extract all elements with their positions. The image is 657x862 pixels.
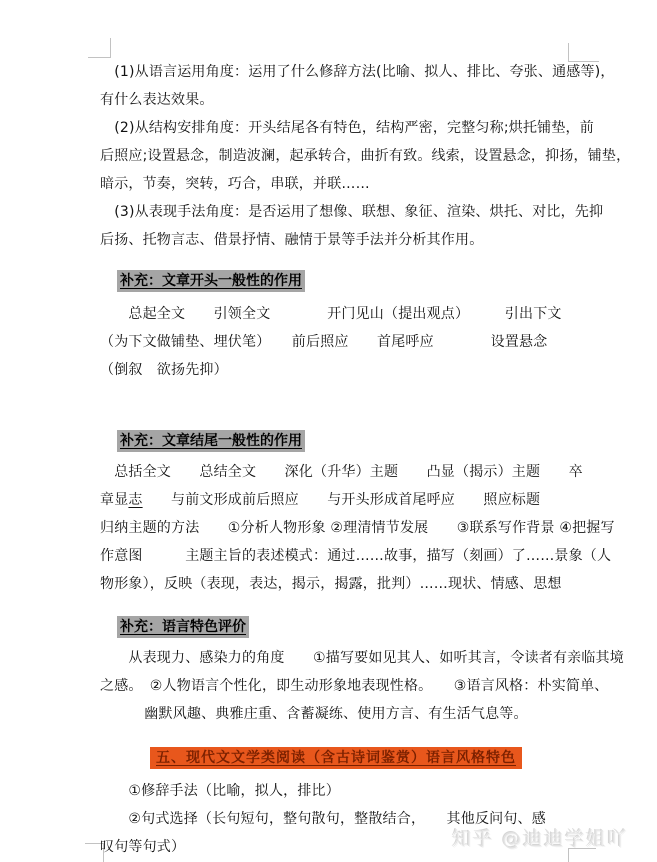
paragraph-line: （为下文做铺垫、埋伏笔） 前后照应 首尾呼应 设置悬念: [100, 328, 572, 356]
line-segment: 与前文形成前后照应 与开头形成首尾呼应 照应标题: [143, 492, 541, 508]
section-heading-article-ending: 补充：文章结尾一般性的作用: [117, 430, 305, 452]
paragraph-line-centered: 幽默风趣、典雅庄重、含蓄凝练、使用方言、有生活气息等。: [100, 700, 572, 728]
margin-crop-mark-top-left: [88, 38, 111, 58]
paragraph-line: 总括全文 总结全文 深化（升华）主题 凸显（揭示）主题 卒: [100, 458, 572, 486]
main-heading-modern-literature-reading: 五、现代文文学类阅读（含古诗词鉴赏）语言风格特色: [150, 747, 522, 769]
paragraph-line: 归纳主题的方法 ①分析人物形象 ②理清情节发展 ③联系写作背景 ④把握写: [100, 514, 572, 542]
paragraph-line: 暗示，节奏，突转，巧合，串联，并联……: [100, 170, 572, 198]
underlined-char: 志: [128, 492, 142, 508]
zhihu-watermark: 知乎 @迪迪学姐吖: [452, 824, 628, 851]
document-body: (1)从语言运用角度：运用了什么修辞方法(比喻、拟人、排比、夸张、通感等)， 有…: [100, 58, 572, 861]
document-page: (1)从语言运用角度：运用了什么修辞方法(比喻、拟人、排比、夸张、通感等)， 有…: [0, 0, 657, 862]
paragraph-line: （倒叙 欲扬先抑）: [100, 356, 572, 384]
paragraph-line: 之感。 ②人物语言个性化，即生动形象地表现性格。 ③语言风格：朴实简单、: [100, 672, 572, 700]
paragraph-line: (3)从表现手法角度：是否运用了想像、联想、象征、渲染、烘托、对比，先抑: [100, 198, 572, 226]
paragraph-line: 章显志 与前文形成前后照应 与开头形成首尾呼应 照应标题: [100, 486, 572, 514]
paragraph-line: 作意图 主题主旨的表述模式：通过……故事，描写（刻画）了……景象（人: [100, 542, 572, 570]
paragraph-line: 物形象），反映（表现，表达，揭示，揭露，批判）……现状、情感、思想: [100, 570, 572, 598]
paragraph-line: 后照应;设置悬念，制造波澜，起承转合，曲折有致。线索，设置悬念，抑扬，铺垫，: [100, 142, 572, 170]
paragraph-line: 从表现力、感染力的角度 ①描写要如见其人、如听其言，令读者有亲临其境: [100, 644, 572, 672]
paragraph-line: (2)从结构安排角度：开头结尾各有特色，结构严密，完整匀称;烘托铺垫，前: [100, 114, 572, 142]
margin-crop-mark-top-right: [568, 43, 599, 62]
paragraph-line: 总起全文 引领全文 开门见山（提出观点） 引出下文: [100, 300, 572, 328]
line-segment: 章显: [100, 492, 128, 508]
paragraph-line: (1)从语言运用角度：运用了什么修辞方法(比喻、拟人、排比、夸张、通感等)，: [100, 58, 572, 86]
paragraph-line: 有什么表达效果。: [100, 86, 572, 114]
section-heading-article-opening: 补充：文章开头一般性的作用: [117, 270, 305, 292]
paragraph-line: 后扬、托物言志、借景抒情、融情于景等手法并分析其作用。: [100, 226, 572, 254]
section-heading-language-features: 补充：语言特色评价: [117, 616, 249, 638]
paragraph-line: ①修辞手法（比喻，拟人，排比）: [100, 777, 572, 805]
